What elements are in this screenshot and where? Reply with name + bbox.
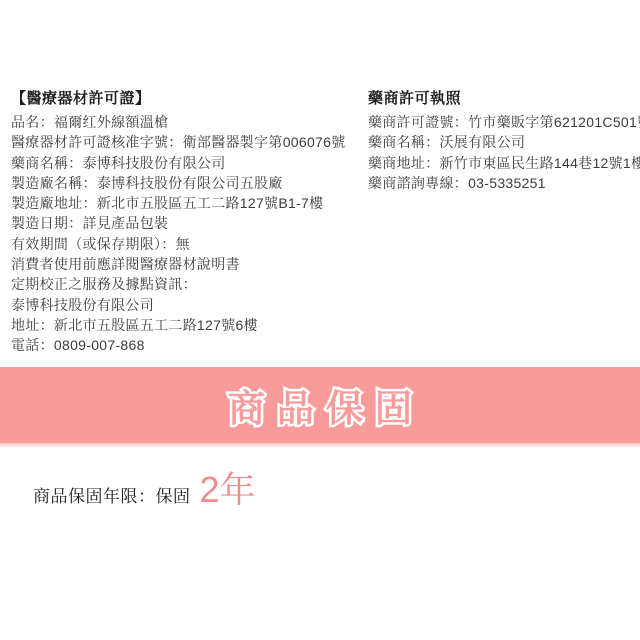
info-line-manufacture-date: 製造日期：詳見產品包裝 xyxy=(11,213,363,233)
pharmacy-license-title: 藥商許可執照 xyxy=(368,88,636,110)
info-line-pharmacy-address: 藥商地址：新竹市東區民生路144巷12號1樓 xyxy=(368,153,636,173)
info-line-vendor-name: 藥商名稱：泰博科技股份有限公司 xyxy=(11,153,363,173)
info-line-pharmacy-hotline: 藥商諮詢專線：03-5335251 xyxy=(368,173,636,193)
info-line-product-name: 品名：福爾红外線額溫槍 xyxy=(11,112,363,132)
pharmacy-license-section: 藥商許可執照 藥商許可證號：竹市藥販字第621201C501號 藥商名稱：沃展有… xyxy=(368,88,636,193)
warranty-duration-label: 商品保固年限：保固 xyxy=(33,478,191,516)
info-line-consumer-notice: 消費者使用前應詳閱醫療器材說明書 xyxy=(11,254,363,274)
info-line-pharmacy-name: 藥商名稱：沃展有限公司 xyxy=(368,132,636,152)
warranty-duration-line: 商品保固年限：保固 2年 xyxy=(33,471,256,516)
warranty-banner: 商品保固 xyxy=(0,367,640,443)
warranty-years-highlight: 2年 xyxy=(200,471,256,509)
info-line-expiry: 有效期間（或保存期限）：無 xyxy=(11,234,363,254)
info-line-factory-name: 製造廠名稱：泰博科技股份有限公司五股廠 xyxy=(11,173,363,193)
product-info-page: 【醫療器材許可證】 品名：福爾红外線額溫槍 醫療器材許可證核准字號：衛部醫器製字… xyxy=(0,0,640,640)
info-line-calibration-info: 定期校正之服務及據點資訊： xyxy=(11,274,363,294)
info-line-factory-address: 製造廠地址：新北市五股區五工二路127號B1-7樓 xyxy=(11,193,363,213)
medical-device-license-section: 【醫療器材許可證】 品名：福爾红外線額溫槍 醫療器材許可證核准字號：衛部醫器製字… xyxy=(11,88,363,356)
info-line-company-address: 地址：新北市五股區五工二路127號6樓 xyxy=(11,315,363,335)
info-line-phone: 電話：0809-007-868 xyxy=(11,335,363,355)
info-line-license-number: 醫療器材許可證核准字號：衛部醫器製字第006076號 xyxy=(11,132,363,152)
warranty-banner-title: 商品保固 xyxy=(216,378,424,432)
info-line-company-name: 泰博科技股份有限公司 xyxy=(11,295,363,315)
medical-license-title: 【醫療器材許可證】 xyxy=(11,88,363,110)
info-line-pharmacy-license-number: 藥商許可證號：竹市藥販字第621201C501號 xyxy=(368,112,636,132)
